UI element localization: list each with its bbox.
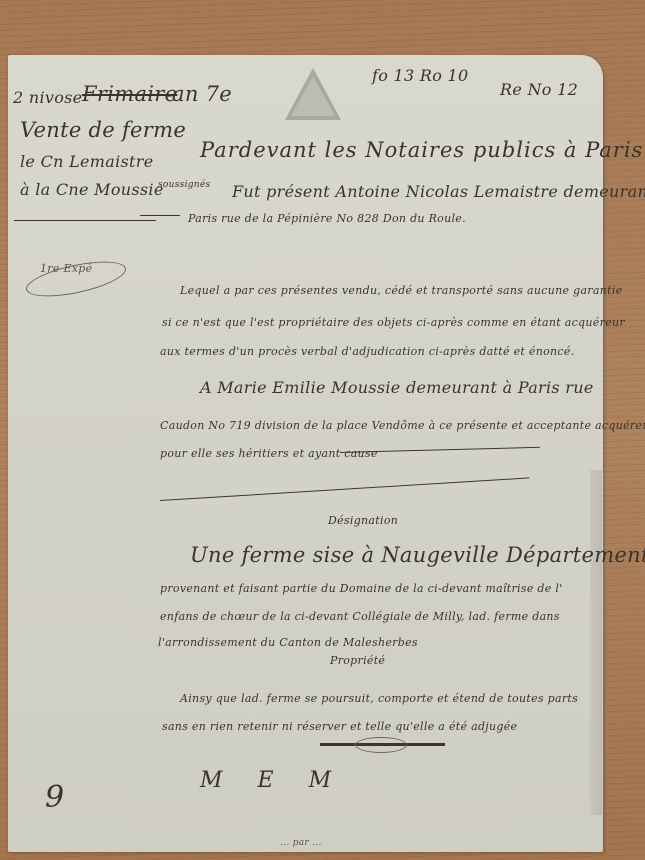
para3-line2: sans en rien retenir ni réserver et tell… <box>162 720 517 733</box>
tax-stamp-inner <box>291 76 335 116</box>
propriete-heading: Propriété <box>330 654 385 667</box>
desig-line4: l'arrondissement du Canton de Malesherbe… <box>158 636 418 649</box>
body-soussignes: soussignés <box>158 180 210 190</box>
body-present: Fut présent Antoine Nicolas Lemaistre de… <box>232 182 645 201</box>
desig-line2: provenant et faisant partie du Domaine d… <box>160 582 563 595</box>
body-pardevant: Pardevant les Notaires publics à Paris <box>200 138 643 162</box>
desig-line3: enfans de chœur de la ci-devant Collégia… <box>160 610 560 623</box>
page-number: 9 <box>45 780 64 815</box>
body-address: Paris rue de la Pépinière No 828 Don du … <box>188 212 466 225</box>
initials: M E M <box>200 768 345 793</box>
page-edge <box>590 470 602 815</box>
address-rule <box>140 215 180 216</box>
folio-number: fo 13 Ro 10 <box>372 66 469 85</box>
para3-line1: Ainsy que lad. ferme se poursuit, compor… <box>180 692 578 705</box>
closing-flourish <box>355 737 407 753</box>
para2-line2: Caudon No 719 division de la place Vendô… <box>160 419 645 432</box>
margin-year: an 7e <box>172 82 232 106</box>
reference-number: Re No 12 <box>500 80 578 99</box>
margin-title-3: à la Cne Moussie <box>20 180 164 199</box>
bottom-note: ... par ... <box>280 838 322 848</box>
designation-heading: Désignation <box>328 514 398 527</box>
para1-line2: si ce n'est que l'est propriétaire des o… <box>162 316 625 329</box>
para1-line1: Lequel a par ces présentes vendu, cédé e… <box>180 284 622 297</box>
margin-title-2: le Cn Lemaistre <box>20 152 153 171</box>
para1-line3: aux termes d'un procès verbal d'adjudica… <box>160 345 575 358</box>
para2-line3: pour elle ses héritiers et ayant cause <box>160 447 378 460</box>
margin-date: 2 nivose <box>13 88 82 107</box>
margin-rule <box>14 220 156 221</box>
desig-line1: Une ferme sise à Naugeville Département … <box>190 543 645 567</box>
margin-struck-month: Frimaire <box>82 82 177 106</box>
margin-title-1: Vente de ferme <box>20 118 186 142</box>
para2-line1: A Marie Emilie Moussie demeurant à Paris… <box>200 378 594 397</box>
